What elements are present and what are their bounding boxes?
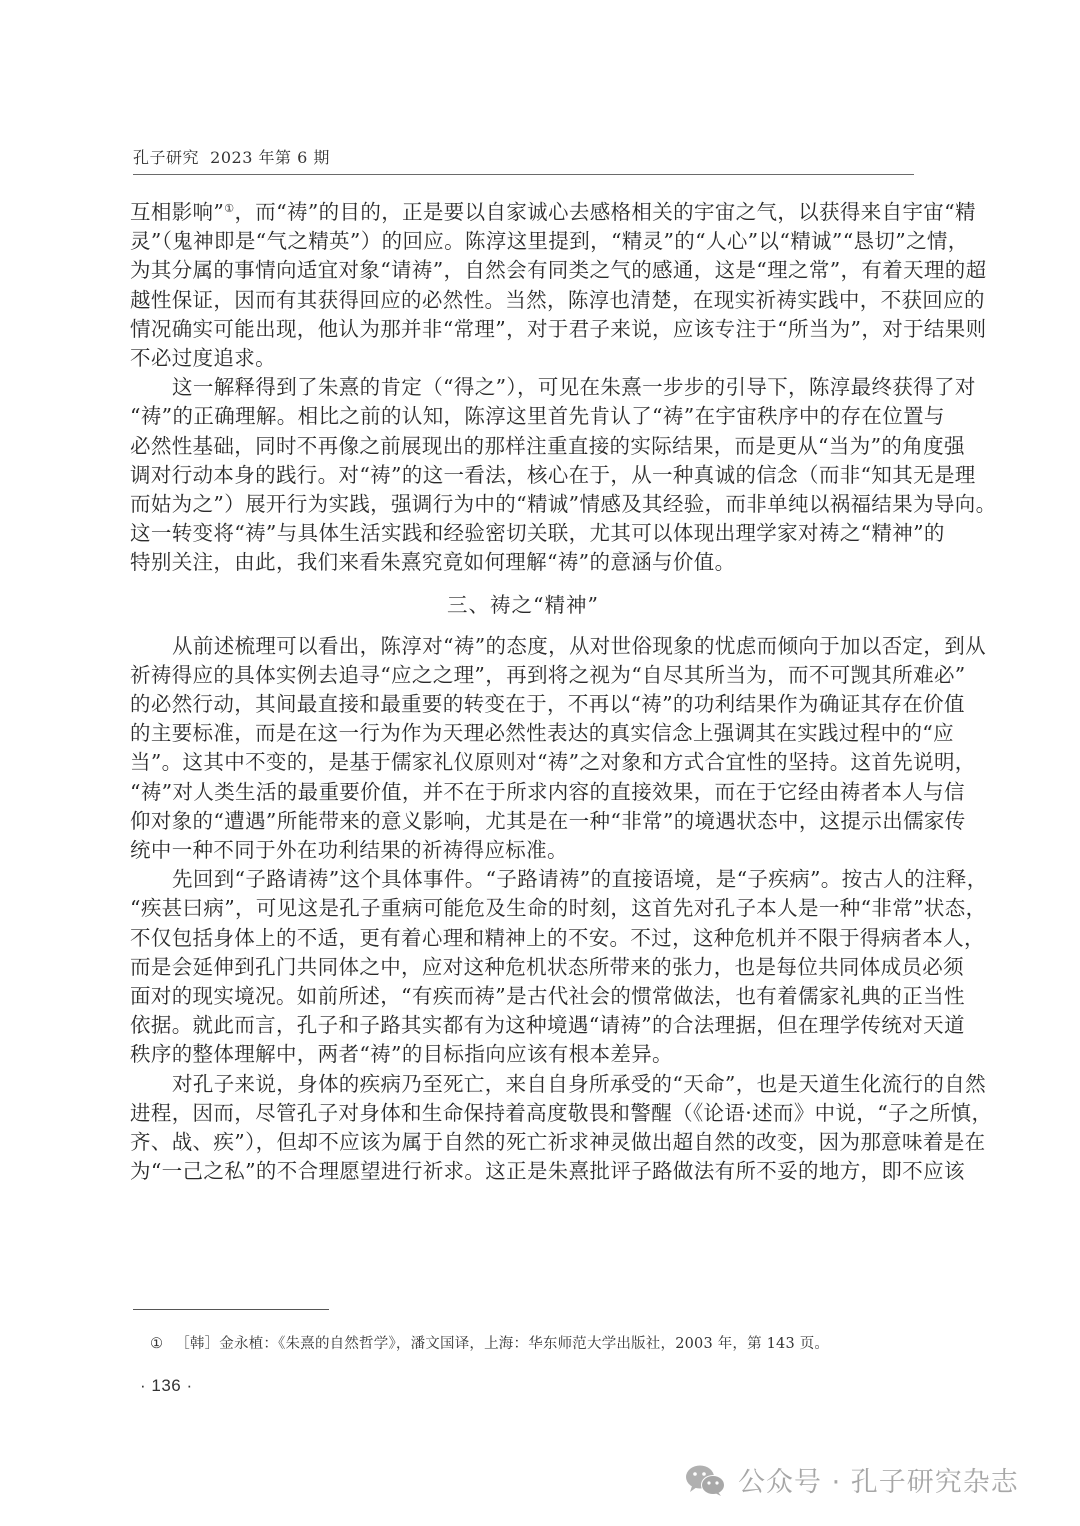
text-line: “疾甚曰病”，可见这是孔子重病可能危及生命的时刻，这首先对孔子本人是一种“非常”… — [130, 894, 916, 923]
text-line: 而姑为之”）展开行为实践，强调行为中的“精诚”情感及其经验，而非单纯以祸福结果为… — [130, 490, 916, 519]
text-line: 越性保证，因而有其获得回应的必然性。当然，陈淳也清楚，在现实祈祷实践中，不获回应… — [130, 286, 916, 315]
text-line: 当”。这其中不变的，是基于儒家礼仪原则对“祷”之对象和方式合宜性的坚持。这首先说… — [130, 748, 916, 777]
text-line: 先回到“子路请祷”这个具体事件。“子路请祷”的直接语境，是“子疾病”。按古人的注… — [130, 865, 916, 894]
page-header: 孔子研究 2023 年第 6 期 — [133, 148, 914, 175]
paragraph-4: 先回到“子路请祷”这个具体事件。“子路请祷”的直接语境，是“子疾病”。按古人的注… — [130, 865, 916, 1069]
text-line: 从前述梳理可以看出，陈淳对“祷”的态度，从对世俗现象的忧虑而倾向于加以否定，到从 — [130, 632, 916, 661]
text-line: 对孔子来说，身体的疾病乃至死亡，来自自身所承受的“天命”，也是天道生化流行的自然 — [130, 1070, 916, 1099]
text-line: 齐、战、疾”），但却不应该为属于自然的死亡祈求神灵做出超自然的改变，因为那意味着… — [130, 1128, 916, 1157]
footnote-ref[interactable]: ① — [224, 202, 234, 215]
footnote-text: ［韩］金永植：《朱熹的自然哲学》，潘文国译，上海：华东师范大学出版社，2003 … — [175, 1336, 829, 1352]
text-line-rest: ，而“祷”的目的，正是要以自家诚心去感格相关的宇宙之气，以获得来自宇宙“精 — [234, 200, 975, 224]
wechat-icon — [684, 1463, 728, 1497]
page-number: · 136 · — [140, 1376, 193, 1396]
text-line: 互相影响”①，而“祷”的目的，正是要以自家诚心去感格相关的宇宙之气，以获得来自宇… — [130, 198, 916, 227]
footnote-divider — [133, 1309, 329, 1310]
watermark-text: 公众号 · 孔子研究杂志 — [738, 1460, 1019, 1499]
text-line: 为其分属的事情向适宜对象“请祷”，自然会有同类之气的感通，这是“理之常”，有着天… — [130, 256, 916, 285]
text-line: 必然性基础，同时不再像之前展现出的那样注重直接的实际结果，而是更从“当为”的角度… — [130, 432, 916, 461]
text-line: 不必过度追求。 — [130, 344, 916, 373]
text-line: 统中一种不同于外在功利结果的祈祷得应标准。 — [130, 836, 916, 865]
article-body: 互相影响”①，而“祷”的目的，正是要以自家诚心去感格相关的宇宙之气，以获得来自宇… — [130, 198, 916, 1187]
text-line-start: 互相影响” — [130, 200, 224, 224]
text-line: 仰对象的“遭遇”所能带来的意义影响，尤其是在一种“非常”的境遇状态中，这提示出儒… — [130, 807, 916, 836]
text-line: 的必然行动，其间最直接和最重要的转变在于，不再以“祷”的功利结果作为确证其存在价… — [130, 690, 916, 719]
watermark: 公众号 · 孔子研究杂志 — [684, 1460, 1019, 1499]
text-line: 秩序的整体理解中，两者“祷”的目标指向应该有根本差异。 — [130, 1040, 916, 1069]
text-line: 这一解释得到了朱熹的肯定（“得之”），可见在朱熹一步步的引导下，陈淳最终获得了对 — [130, 373, 916, 402]
paragraph-2: 这一解释得到了朱熹的肯定（“得之”），可见在朱熹一步步的引导下，陈淳最终获得了对… — [130, 373, 916, 577]
running-head: 孔子研究 2023 年第 6 期 — [133, 148, 914, 168]
text-line: 情况确实可能出现，他认为那并非“常理”，对于君子来说，应该专注于“所当为”，对于… — [130, 315, 916, 344]
text-line: 调对行动本身的践行。对“祷”的这一看法，核心在于，从一种真诚的信念（而非“知其无… — [130, 461, 916, 490]
text-line: 这一转变将“祷”与具体生活实践和经验密切关联，尤其可以体现出理学家对祷之“精神”… — [130, 519, 916, 548]
text-line: 灵”（鬼神即是“气之精英”）的回应。陈淳这里提到，“精灵”的“人心”以“精诚”“… — [130, 227, 916, 256]
section-heading: 三、祷之“精神” — [130, 591, 916, 620]
text-line: 进程，因而，尽管孔子对身体和生命保持着高度敬畏和警醒（《论语·述而》中说，“子之… — [130, 1099, 916, 1128]
text-line: 依据。就此而言，孔子和子路其实都有为这种境遇“请祷”的合法理据，但在理学传统对天… — [130, 1011, 916, 1040]
text-line: 祈祷得应的具体实例去追寻“应之之理”，再到将之视为“自尽其所当为，而不可觊其所难… — [130, 661, 916, 690]
text-line: 面对的现实境况。如前所述，“有疾而祷”是古代社会的惯常做法，也有着儒家礼典的正当… — [130, 982, 916, 1011]
footnote-marker: ① — [150, 1336, 163, 1352]
footnote: ①［韩］金永植：《朱熹的自然哲学》，潘文国译，上海：华东师范大学出版社，2003… — [150, 1334, 829, 1354]
text-line: “祷”的正确理解。相比之前的认知，陈淳这里首先肯认了“祷”在宇宙秩序中的存在位置… — [130, 402, 916, 431]
text-line: 而是会延伸到孔门共同体之中，应对这种危机状态所带来的张力，也是每位共同体成员必须 — [130, 953, 916, 982]
text-line: 不仅包括身体上的不适，更有着心理和精神上的不安。不过，这种危机并不限于得病者本人… — [130, 924, 916, 953]
paragraph-1: 互相影响”①，而“祷”的目的，正是要以自家诚心去感格相关的宇宙之气，以获得来自宇… — [130, 198, 916, 373]
text-line: “祷”对人类生活的最重要价值，并不在于所求内容的直接效果，而在于它经由祷者本人与… — [130, 778, 916, 807]
paragraph-5: 对孔子来说，身体的疾病乃至死亡，来自自身所承受的“天命”，也是天道生化流行的自然… — [130, 1070, 916, 1187]
text-line: 的主要标准，而是在这一行为作为天理必然性表达的真实信念上强调其在实践过程中的“应 — [130, 719, 916, 748]
text-line: 特别关注，由此，我们来看朱熹究竟如何理解“祷”的意涵与价值。 — [130, 548, 916, 577]
paragraph-3: 从前述梳理可以看出，陈淳对“祷”的态度，从对世俗现象的忧虑而倾向于加以否定，到从… — [130, 632, 916, 866]
text-line: 为“一己之私”的不合理愿望进行祈求。这正是朱熹批评子路做法有所不妥的地方，即不应… — [130, 1157, 916, 1186]
